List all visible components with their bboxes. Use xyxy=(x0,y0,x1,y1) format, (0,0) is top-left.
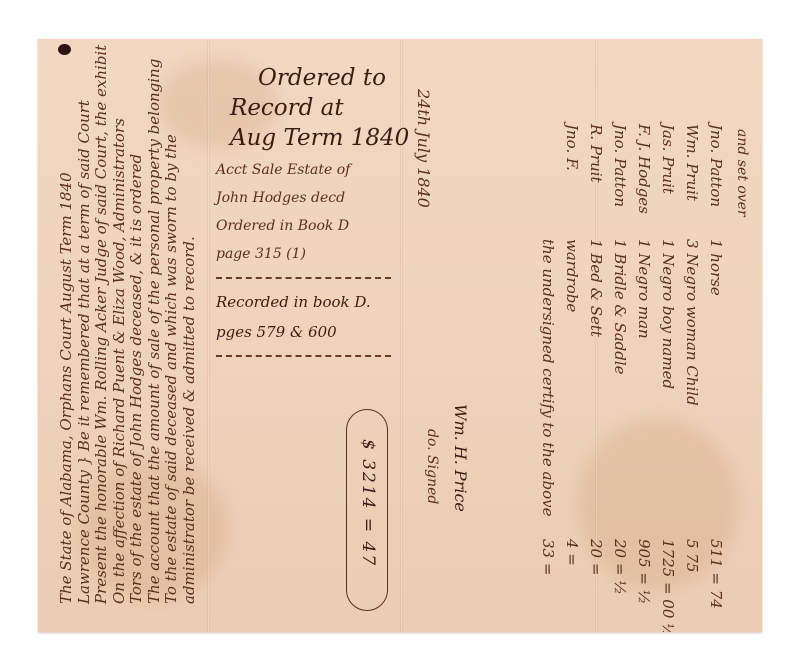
docket-line: Acct Sale Estate of xyxy=(216,156,350,184)
item-amount: 511 = 74 xyxy=(704,539,728,609)
buyer-name xyxy=(536,124,560,239)
item-desc: the undersigned certify to the above xyxy=(536,239,560,539)
court-order-line: administrator be received & admitted to … xyxy=(181,45,199,604)
sale-total: $ 3214 = 47 xyxy=(358,439,378,567)
sale-entry: Jas. Pruit 1 Negro boy named 1725 = 00 ½ xyxy=(656,124,680,632)
court-order-line: The account that the amount of sale of t… xyxy=(146,45,164,604)
docket-line: Ordered in Book D xyxy=(216,212,350,240)
recorded-line: Recorded in book D. xyxy=(216,287,371,317)
docket-line: Record at xyxy=(230,93,409,123)
docket-line: Ordered to xyxy=(230,63,409,93)
sale-entry: Jno. F. wardrobe 4 = xyxy=(560,124,584,632)
court-order-line: Present the honorable Wm. Rolling Acker … xyxy=(93,45,111,604)
court-order-line: The State of Alabama, Orphans Court Augu… xyxy=(58,45,76,604)
court-order-text: The State of Alabama, Orphans Court Augu… xyxy=(58,45,198,604)
item-desc: 1 Bridle & Saddle xyxy=(608,239,632,539)
dashed-divider xyxy=(216,355,391,357)
docket-line: page 315 (1) xyxy=(216,240,350,268)
item-amount: 4 = xyxy=(560,539,584,566)
buyer-name: R. Pruit xyxy=(584,124,608,239)
sale-entry: Wm. Pruit 3 Negro woman Child 5 75 xyxy=(680,124,704,632)
signature: Wm. H. Price xyxy=(451,404,470,512)
court-order-line: On the affection of Richard Puent & Eliz… xyxy=(111,45,129,604)
item-amount: 1725 = 00 ½ xyxy=(656,539,680,632)
manuscript-page: The State of Alabama, Orphans Court Augu… xyxy=(38,39,762,632)
item-amount: 20 = xyxy=(584,539,608,575)
sale-entry: the undersigned certify to the above 33 … xyxy=(536,124,560,632)
item-desc: wardrobe xyxy=(560,239,584,539)
court-order-line: To the estate of said deceased and which… xyxy=(163,45,181,604)
item-amount: 5 75 xyxy=(680,539,704,572)
list-header: and set over xyxy=(734,129,750,217)
item-amount: 33 = xyxy=(536,539,560,575)
sale-date: 24th July 1840 xyxy=(414,89,433,208)
docket-body: Acct Sale Estate of John Hodges decd Ord… xyxy=(216,156,350,268)
item-desc: 1 Negro man xyxy=(632,239,656,539)
item-desc: 1 Negro boy named xyxy=(656,239,680,539)
sale-entries: Jno. Patton 1 horse 511 = 74 Wm. Pruit 3… xyxy=(536,124,728,632)
sale-entry: F. J. Hodges 1 Negro man 905 = ½ xyxy=(632,124,656,632)
item-desc: 3 Negro woman Child xyxy=(680,239,704,539)
dashed-divider xyxy=(216,277,391,279)
buyer-name: Jas. Pruit xyxy=(656,124,680,239)
docket-heading: Ordered to Record at Aug Term 1840 xyxy=(230,63,409,153)
buyer-name: Jno. Patton xyxy=(704,124,728,239)
item-desc: 1 horse xyxy=(704,239,728,539)
recorded-line: pges 579 & 600 xyxy=(216,317,371,347)
buyer-name: F. J. Hodges xyxy=(632,124,656,239)
item-desc: 1 Bed & Sett xyxy=(584,239,608,539)
court-order-line: Tors of the estate of John Hodges deceas… xyxy=(128,45,146,604)
buyer-name: Wm. Pruit xyxy=(680,124,704,239)
recorded-note: Recorded in book D. pges 579 & 600 xyxy=(216,287,371,347)
fold-line xyxy=(207,39,210,632)
sale-entry: Jno. Patton 1 Bridle & Saddle 20 = ½ xyxy=(608,124,632,632)
court-order-line: Lawrence County } Be it remembered that … xyxy=(76,45,94,604)
item-amount: 905 = ½ xyxy=(632,539,656,604)
signature-note: do. Signed xyxy=(424,429,440,504)
buyer-name: Jno. F. xyxy=(560,124,584,239)
docket-line: Aug Term 1840 xyxy=(230,123,409,153)
buyer-name: Jno. Patton xyxy=(608,124,632,239)
sale-entry: Jno. Patton 1 horse 511 = 74 xyxy=(704,124,728,632)
sale-entry: R. Pruit 1 Bed & Sett 20 = xyxy=(584,124,608,632)
docket-line: John Hodges decd xyxy=(216,184,350,212)
item-amount: 20 = ½ xyxy=(608,539,632,595)
